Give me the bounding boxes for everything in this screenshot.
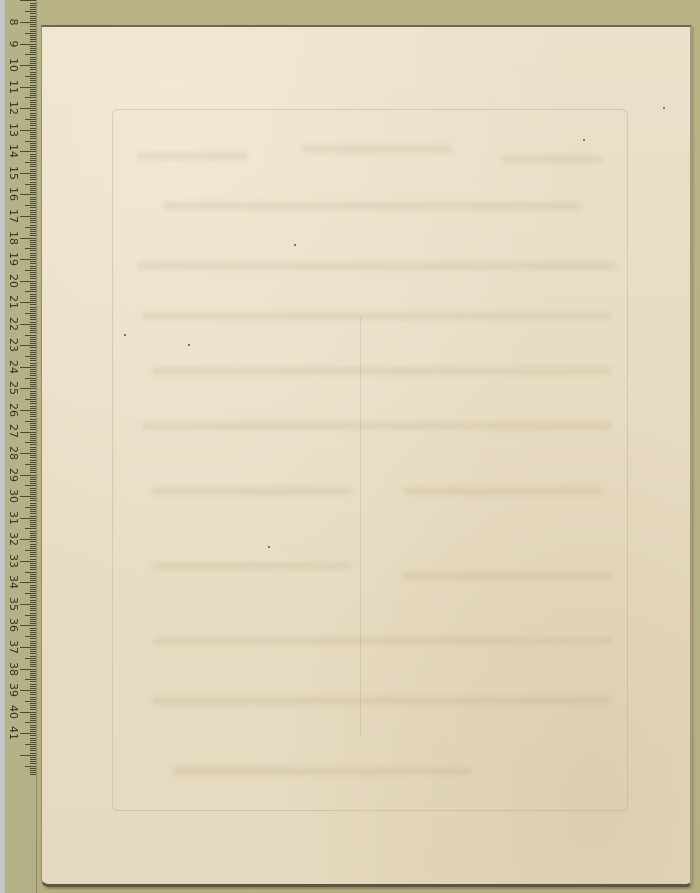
ruler-tick xyxy=(30,246,36,247)
ruler-label: 25 xyxy=(7,376,19,400)
ruler-tick xyxy=(30,369,36,370)
ruler-tick xyxy=(30,768,36,769)
ruler-tick xyxy=(20,324,36,325)
ruler-tick xyxy=(25,205,36,206)
ruler-tick xyxy=(30,673,36,674)
ruler-tick xyxy=(20,561,36,562)
ruler-tick xyxy=(30,694,36,695)
ruler-tick xyxy=(30,757,36,758)
ruler-tick xyxy=(30,59,36,60)
ruler-tick xyxy=(25,97,36,98)
ruler-tick xyxy=(30,408,36,409)
ruler-tick xyxy=(25,33,36,34)
ruler-label: 18 xyxy=(7,226,19,250)
ruler-tick xyxy=(30,436,36,437)
ruler-tick xyxy=(30,332,36,333)
ruler-tick xyxy=(30,330,36,331)
ruler-tick xyxy=(25,378,36,379)
ruler-tick xyxy=(25,141,36,142)
ruler-tick xyxy=(30,466,36,467)
ruler-tick xyxy=(30,447,36,448)
ruler-tick xyxy=(30,531,36,532)
ruler-tick xyxy=(30,242,36,243)
ruler-tick xyxy=(30,274,36,275)
ruler-label: 20 xyxy=(7,269,19,293)
ruler-tick xyxy=(30,373,36,374)
ruler-tick xyxy=(30,82,36,83)
ruler-tick xyxy=(30,328,36,329)
ruler-tick xyxy=(30,574,36,575)
ruler-tick xyxy=(20,173,36,174)
ruler-tick xyxy=(30,628,36,629)
ruler-tick xyxy=(30,132,36,133)
ruler-tick xyxy=(30,412,36,413)
paper-sheet xyxy=(41,25,692,887)
ruler-tick xyxy=(30,190,36,191)
ruler-tick xyxy=(30,125,36,126)
ruler-tick xyxy=(30,537,36,538)
ruler-tick xyxy=(30,526,36,527)
ruler-tick xyxy=(30,358,36,359)
ruler-tick xyxy=(30,16,36,17)
ruler-tick xyxy=(25,162,36,163)
ruler-tick xyxy=(30,522,36,523)
ruler-label: 30 xyxy=(7,484,19,508)
ruler-tick xyxy=(30,188,36,189)
ruler-tick xyxy=(30,735,36,736)
ruler-tick xyxy=(20,22,36,23)
ruler-label: 38 xyxy=(7,657,19,681)
ruler-tick xyxy=(30,613,36,614)
ruler-tick xyxy=(30,229,36,230)
ruler-tick xyxy=(30,360,36,361)
show-through-text xyxy=(402,572,612,580)
ruler-tick xyxy=(30,541,36,542)
ruler-tick xyxy=(30,477,36,478)
ruler-tick xyxy=(30,753,36,754)
ruler-tick xyxy=(30,740,36,741)
ruler-tick xyxy=(30,434,36,435)
ruler-tick xyxy=(20,453,36,454)
ruler-tick xyxy=(20,388,36,389)
ruler-tick xyxy=(30,158,36,159)
ruler-tick xyxy=(30,492,36,493)
ruler-tick xyxy=(30,617,36,618)
ruler-tick xyxy=(25,119,36,120)
ruler-tick xyxy=(30,391,36,392)
ruler-tick xyxy=(30,585,36,586)
ruler-tick xyxy=(30,509,36,510)
ruler-tick xyxy=(25,184,36,185)
ruler-tick xyxy=(30,544,36,545)
ruler-tick xyxy=(30,563,36,564)
ruler-tick xyxy=(30,746,36,747)
ruler-tick xyxy=(30,326,36,327)
ruler-tick xyxy=(30,559,36,560)
ruler-tick xyxy=(30,143,36,144)
ruler-tick xyxy=(20,410,36,411)
ruler-tick xyxy=(30,276,36,277)
ruler-tick xyxy=(20,345,36,346)
ruler-tick xyxy=(30,479,36,480)
show-through-text xyxy=(137,152,247,160)
ruler-tick xyxy=(20,151,36,152)
foxing-spot xyxy=(124,334,126,336)
ruler-tick xyxy=(30,750,36,751)
ruler-tick xyxy=(30,350,36,351)
ruler-tick xyxy=(30,278,36,279)
ruler-tick xyxy=(30,95,36,96)
ruler-tick xyxy=(30,121,36,122)
ruler-tick xyxy=(30,268,36,269)
ruler-tick xyxy=(30,214,36,215)
ruler-tick xyxy=(30,89,36,90)
ruler-tick xyxy=(30,406,36,407)
ruler-tick xyxy=(30,210,36,211)
ruler-tick xyxy=(30,556,36,557)
ruler-tick xyxy=(20,539,36,540)
ruler-tick xyxy=(30,5,36,6)
ruler-tick xyxy=(30,197,36,198)
ruler-tick xyxy=(30,72,36,73)
ruler-tick xyxy=(30,653,36,654)
ruler-tick xyxy=(30,425,36,426)
ruler-tick xyxy=(30,287,36,288)
ruler-label: 8 xyxy=(7,10,19,34)
ruler-tick xyxy=(30,7,36,8)
ruler-tick xyxy=(30,576,36,577)
ruler-tick xyxy=(30,427,36,428)
ruler-tick xyxy=(20,216,36,217)
foxing-spot xyxy=(663,107,665,109)
ruler-tick xyxy=(30,403,36,404)
ruler-tick xyxy=(30,645,36,646)
ruler-tick xyxy=(30,649,36,650)
ruler-tick xyxy=(30,656,36,657)
ruler-tick xyxy=(30,192,36,193)
ruler-tick xyxy=(30,354,36,355)
ruler-tick xyxy=(30,705,36,706)
ruler-tick xyxy=(30,255,36,256)
ruler-tick xyxy=(30,341,36,342)
ruler-tick xyxy=(30,643,36,644)
ruler-tick xyxy=(30,207,36,208)
ruler-tick xyxy=(20,518,36,519)
ruler-tick xyxy=(30,770,36,771)
ruler-tick xyxy=(30,31,36,32)
ruler-tick xyxy=(20,733,36,734)
show-through-text xyxy=(162,202,582,210)
foxing-spot xyxy=(268,546,270,548)
ruler-tick xyxy=(30,375,36,376)
ruler-label: 32 xyxy=(7,527,19,551)
ruler-tick xyxy=(30,352,36,353)
ruler-tick xyxy=(30,677,36,678)
ruler-tick xyxy=(30,154,36,155)
ruler-tick xyxy=(20,604,36,605)
ruler-tick xyxy=(30,337,36,338)
ruler-tick xyxy=(30,686,36,687)
ruler-tick xyxy=(25,507,36,508)
ruler-tick xyxy=(30,100,36,101)
ruler-tick xyxy=(30,763,36,764)
ruler-tick xyxy=(30,175,36,176)
ruler-label: 37 xyxy=(7,635,19,659)
ruler-tick xyxy=(30,220,36,221)
ruler-tick xyxy=(30,382,36,383)
ruler-tick xyxy=(30,718,36,719)
ruler-tick xyxy=(30,339,36,340)
ruler-tick xyxy=(30,177,36,178)
ruler-tick xyxy=(30,498,36,499)
ruler-tick xyxy=(30,729,36,730)
ruler-tick xyxy=(30,600,36,601)
ruler-tick xyxy=(30,470,36,471)
ruler-tick xyxy=(30,78,36,79)
ruler-tick xyxy=(30,52,36,53)
ruler-tick xyxy=(30,444,36,445)
ruler-tick xyxy=(30,257,36,258)
fold-line xyxy=(360,317,361,737)
ruler-tick xyxy=(25,227,36,228)
ruler-tick xyxy=(30,182,36,183)
ruler-tick xyxy=(30,707,36,708)
ruler-tick xyxy=(30,300,36,301)
ruler-tick xyxy=(30,401,36,402)
ruler-tick xyxy=(30,253,36,254)
ruler-tick xyxy=(30,748,36,749)
ruler-tick xyxy=(20,475,36,476)
show-through-text xyxy=(142,422,612,430)
ruler-tick xyxy=(20,259,36,260)
ruler-tick xyxy=(30,591,36,592)
ruler-tick xyxy=(30,222,36,223)
ruler-tick xyxy=(25,248,36,249)
ruler-tick xyxy=(30,199,36,200)
ruler-tick xyxy=(25,442,36,443)
ruler-label: 16 xyxy=(7,182,19,206)
ruler-tick xyxy=(25,356,36,357)
ruler-tick xyxy=(30,80,36,81)
ruler-tick xyxy=(30,451,36,452)
ruler-tick xyxy=(30,147,36,148)
ruler-tick xyxy=(30,113,36,114)
ruler-tick xyxy=(30,304,36,305)
ruler-tick xyxy=(30,363,36,364)
ruler-tick xyxy=(30,9,36,10)
ruler-tick xyxy=(30,666,36,667)
ruler-tick xyxy=(25,528,36,529)
foxing-spot xyxy=(583,139,585,141)
ruler-tick xyxy=(20,238,36,239)
ruler-tick xyxy=(30,742,36,743)
ruler-tick xyxy=(20,669,36,670)
ruler-tick xyxy=(30,115,36,116)
ruler-tick xyxy=(30,468,36,469)
ruler-tick xyxy=(30,386,36,387)
ruler-tick xyxy=(25,11,36,12)
ruler-tick xyxy=(30,569,36,570)
ruler-tick xyxy=(30,365,36,366)
ruler-tick xyxy=(30,134,36,135)
ruler-label: 9 xyxy=(7,32,19,56)
ruler-tick xyxy=(30,505,36,506)
ruler-tick xyxy=(20,647,36,648)
ruler-tick xyxy=(30,630,36,631)
ruler-tick xyxy=(30,567,36,568)
ruler-tick xyxy=(30,315,36,316)
ruler-label: 12 xyxy=(7,96,19,120)
ruler-label: 36 xyxy=(7,613,19,637)
ruler-tick xyxy=(30,621,36,622)
ruler-tick xyxy=(30,231,36,232)
ruler-label: 34 xyxy=(7,570,19,594)
ruler-tick xyxy=(30,533,36,534)
ruler-tick xyxy=(30,414,36,415)
ruler-tick xyxy=(30,225,36,226)
ruler-tick xyxy=(30,675,36,676)
ruler-tick xyxy=(30,380,36,381)
ruler-tick xyxy=(30,684,36,685)
ruler-tick xyxy=(20,44,36,45)
ruler-tick xyxy=(30,311,36,312)
ruler-tick xyxy=(25,744,36,745)
ruler-tick xyxy=(30,720,36,721)
ruler-tick xyxy=(30,651,36,652)
ruler-tick xyxy=(30,460,36,461)
ruler-tick xyxy=(30,309,36,310)
ruler-tick xyxy=(30,93,36,94)
ruler-tick xyxy=(30,632,36,633)
ruler-tick xyxy=(30,393,36,394)
ruler-tick xyxy=(30,18,36,19)
ruler-tick xyxy=(20,625,36,626)
foxing-spot xyxy=(294,244,296,246)
ruler-tick xyxy=(20,690,36,691)
ruler-tick xyxy=(30,283,36,284)
ruler-tick xyxy=(30,3,36,4)
ruler-tick xyxy=(30,714,36,715)
ruler-tick xyxy=(30,692,36,693)
ruler-tick xyxy=(25,636,36,637)
ruler-tick xyxy=(30,595,36,596)
ruler-tick xyxy=(20,367,36,368)
ruler-tick xyxy=(30,638,36,639)
ruler-tick xyxy=(30,41,36,42)
ruler-tick xyxy=(30,244,36,245)
show-through-text xyxy=(302,145,452,153)
ruler-tick xyxy=(25,76,36,77)
ruler-tick xyxy=(30,772,36,773)
ruler-tick xyxy=(30,138,36,139)
ruler-tick xyxy=(25,615,36,616)
foxing-spot xyxy=(188,344,190,346)
ruler-tick xyxy=(30,39,36,40)
ruler-tick xyxy=(30,688,36,689)
ruler-tick xyxy=(30,106,36,107)
ruler-tick xyxy=(30,102,36,103)
ruler-tick xyxy=(20,281,36,282)
ruler-tick xyxy=(30,703,36,704)
ruler-tick xyxy=(20,712,36,713)
ruler-tick xyxy=(30,774,36,775)
ruler-tick xyxy=(30,483,36,484)
ruler-tick xyxy=(25,464,36,465)
ruler-tick xyxy=(30,110,36,111)
ruler-tick xyxy=(30,580,36,581)
ruler-tick xyxy=(25,54,36,55)
ruler-tick xyxy=(25,550,36,551)
ruler-label: 28 xyxy=(7,441,19,465)
ruler-tick xyxy=(30,513,36,514)
ruler-tick xyxy=(20,432,36,433)
ruler-tick xyxy=(30,481,36,482)
ruler-tick xyxy=(30,589,36,590)
ruler-tick xyxy=(20,130,36,131)
ruler-tick xyxy=(30,397,36,398)
ruler-tick xyxy=(30,429,36,430)
ruler-tick xyxy=(30,500,36,501)
ruler-tick xyxy=(25,421,36,422)
ruler-tick xyxy=(30,235,36,236)
ruler-tick xyxy=(30,26,36,27)
ruler-tick xyxy=(30,61,36,62)
ruler-tick xyxy=(30,419,36,420)
show-through-text xyxy=(152,487,352,495)
ruler-tick xyxy=(30,602,36,603)
ruler-tick xyxy=(25,313,36,314)
ruler-tick xyxy=(30,511,36,512)
ruler-tick xyxy=(30,681,36,682)
ruler-tick xyxy=(30,524,36,525)
ruler-tick xyxy=(25,701,36,702)
ruler-tick xyxy=(20,496,36,497)
ruler-tick xyxy=(30,699,36,700)
ruler-tick xyxy=(20,582,36,583)
ruler-tick xyxy=(30,156,36,157)
show-through-text xyxy=(502,155,602,163)
ruler-tick xyxy=(30,322,36,323)
ruler-tick xyxy=(30,455,36,456)
ruler-tick xyxy=(30,554,36,555)
ruler-tick xyxy=(30,233,36,234)
ruler-tick xyxy=(30,623,36,624)
ruler-tick xyxy=(20,0,36,1)
ruler-tick xyxy=(30,48,36,49)
ruler-tick xyxy=(30,171,36,172)
ruler-tick xyxy=(30,294,36,295)
ruler-tick xyxy=(30,462,36,463)
ruler-tick xyxy=(30,449,36,450)
ruler-tick xyxy=(30,272,36,273)
ruler-tick xyxy=(30,709,36,710)
ruler-tick xyxy=(25,572,36,573)
ruler-tick xyxy=(30,395,36,396)
show-through-text xyxy=(152,637,612,645)
ruler-tick xyxy=(20,108,36,109)
ruler-tick xyxy=(30,203,36,204)
ruler-tick xyxy=(30,494,36,495)
ruler-tick xyxy=(30,263,36,264)
ruler-tick xyxy=(30,552,36,553)
ruler-tick xyxy=(30,606,36,607)
ruler-tick xyxy=(25,291,36,292)
ruler-tick xyxy=(30,516,36,517)
ruler-tick xyxy=(25,399,36,400)
ruler-tick xyxy=(30,261,36,262)
ruler-tick xyxy=(30,671,36,672)
ruler-tick xyxy=(30,123,36,124)
